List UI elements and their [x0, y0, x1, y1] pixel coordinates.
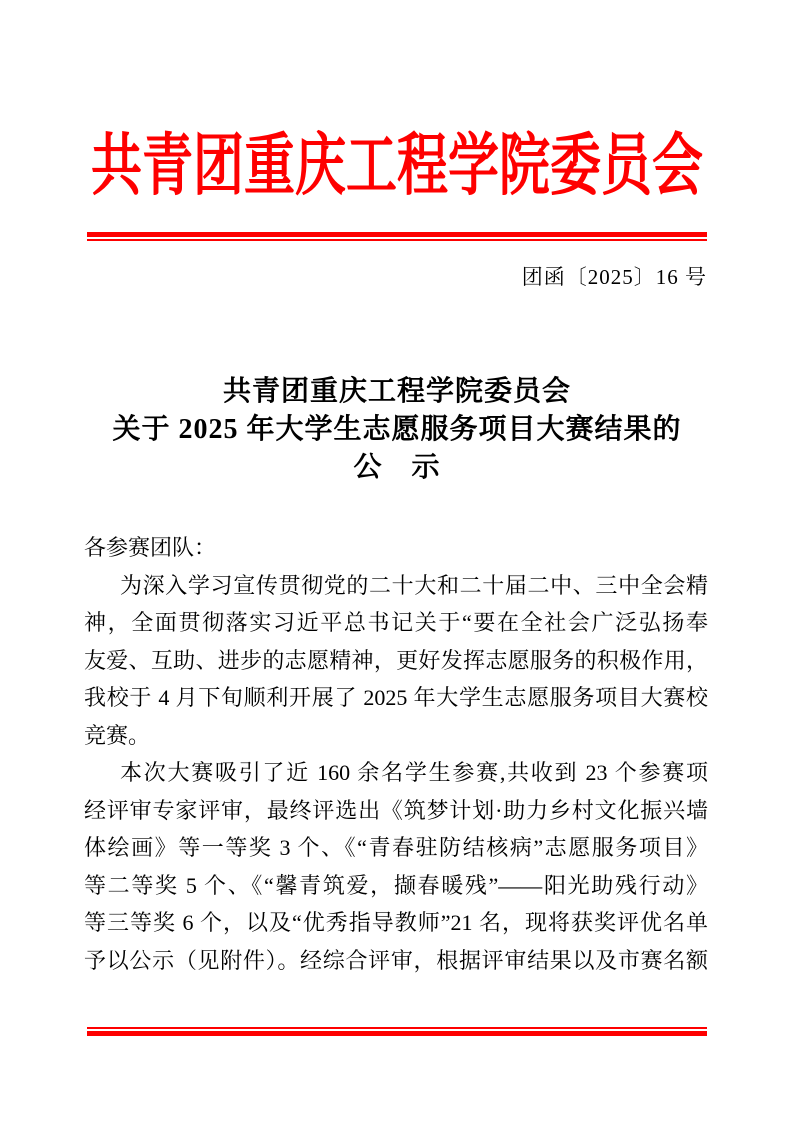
letterhead-title: 共青团重庆工程学院委员会 [86, 118, 708, 218]
body-line: 神，全面贯彻落实习近平总书记关于“要在全社会广泛弘扬奉献、 [84, 604, 708, 642]
body-line: 予以公示（见附件）。经综合评审，根据评审结果以及市赛名额 [84, 942, 708, 980]
body-line: 体绘画》等一等奖 3 个、《“青春驻防结核病”志愿服务项目》 [84, 829, 708, 867]
letterhead-org-name: 共青团重庆工程学院委员会 [91, 101, 703, 234]
body-lines: 为深入学习宣传贯彻党的二十大和二十届二中、三中全会精神，全面贯彻落实习近平总书记… [84, 567, 708, 980]
title-line: 共青团重庆工程学院委员会 [86, 373, 708, 411]
body-line: 经评审专家评审，最终评选出《筑梦计划·助力乡村文化振兴墙 [84, 792, 708, 830]
doc-number: 团函〔2025〕16 号 [86, 262, 707, 292]
title-line: 关于 2025 年大学生志愿服务项目大赛结果的 [86, 411, 708, 449]
document-body: 各参赛团队： 为深入学习宣传贯彻党的二十大和二十届二中、三中全会精神，全面贯彻落… [84, 529, 708, 979]
body-line: 我校于 4 月下旬顺利开展了 2025 年大学生志愿服务项目大赛校级 [84, 679, 708, 717]
title-line: 公 示 [86, 449, 708, 487]
body-line: 等二等奖 5 个、《“馨青筑爱，撷春暖残”——阳光助残行动》 [84, 867, 708, 905]
salutation: 各参赛团队： [84, 529, 708, 567]
red-separator-bottom [87, 1027, 707, 1036]
red-separator-top [87, 232, 707, 241]
body-line: 友爱、互助、进步的志愿精神，更好发挥志愿服务的积极作用， [84, 642, 708, 680]
document-title: 共青团重庆工程学院委员会关于 2025 年大学生志愿服务项目大赛结果的公 示 [86, 373, 708, 487]
body-line: 为深入学习宣传贯彻党的二十大和二十届二中、三中全会精 [84, 567, 708, 605]
body-line: 本次大赛吸引了近 160 余名学生参赛,共收到 23 个参赛项目。 [84, 754, 708, 792]
body-line: 竞赛。 [84, 717, 708, 755]
thick-red-line [87, 1031, 707, 1036]
document-page: 共青团重庆工程学院委员会 团函〔2025〕16 号 共青团重庆工程学院委员会关于… [0, 0, 794, 1122]
thin-red-line [87, 239, 707, 241]
body-line: 等三等奖 6 个，以及“优秀指导教师”21 名，现将获奖评优名单 [84, 904, 708, 942]
